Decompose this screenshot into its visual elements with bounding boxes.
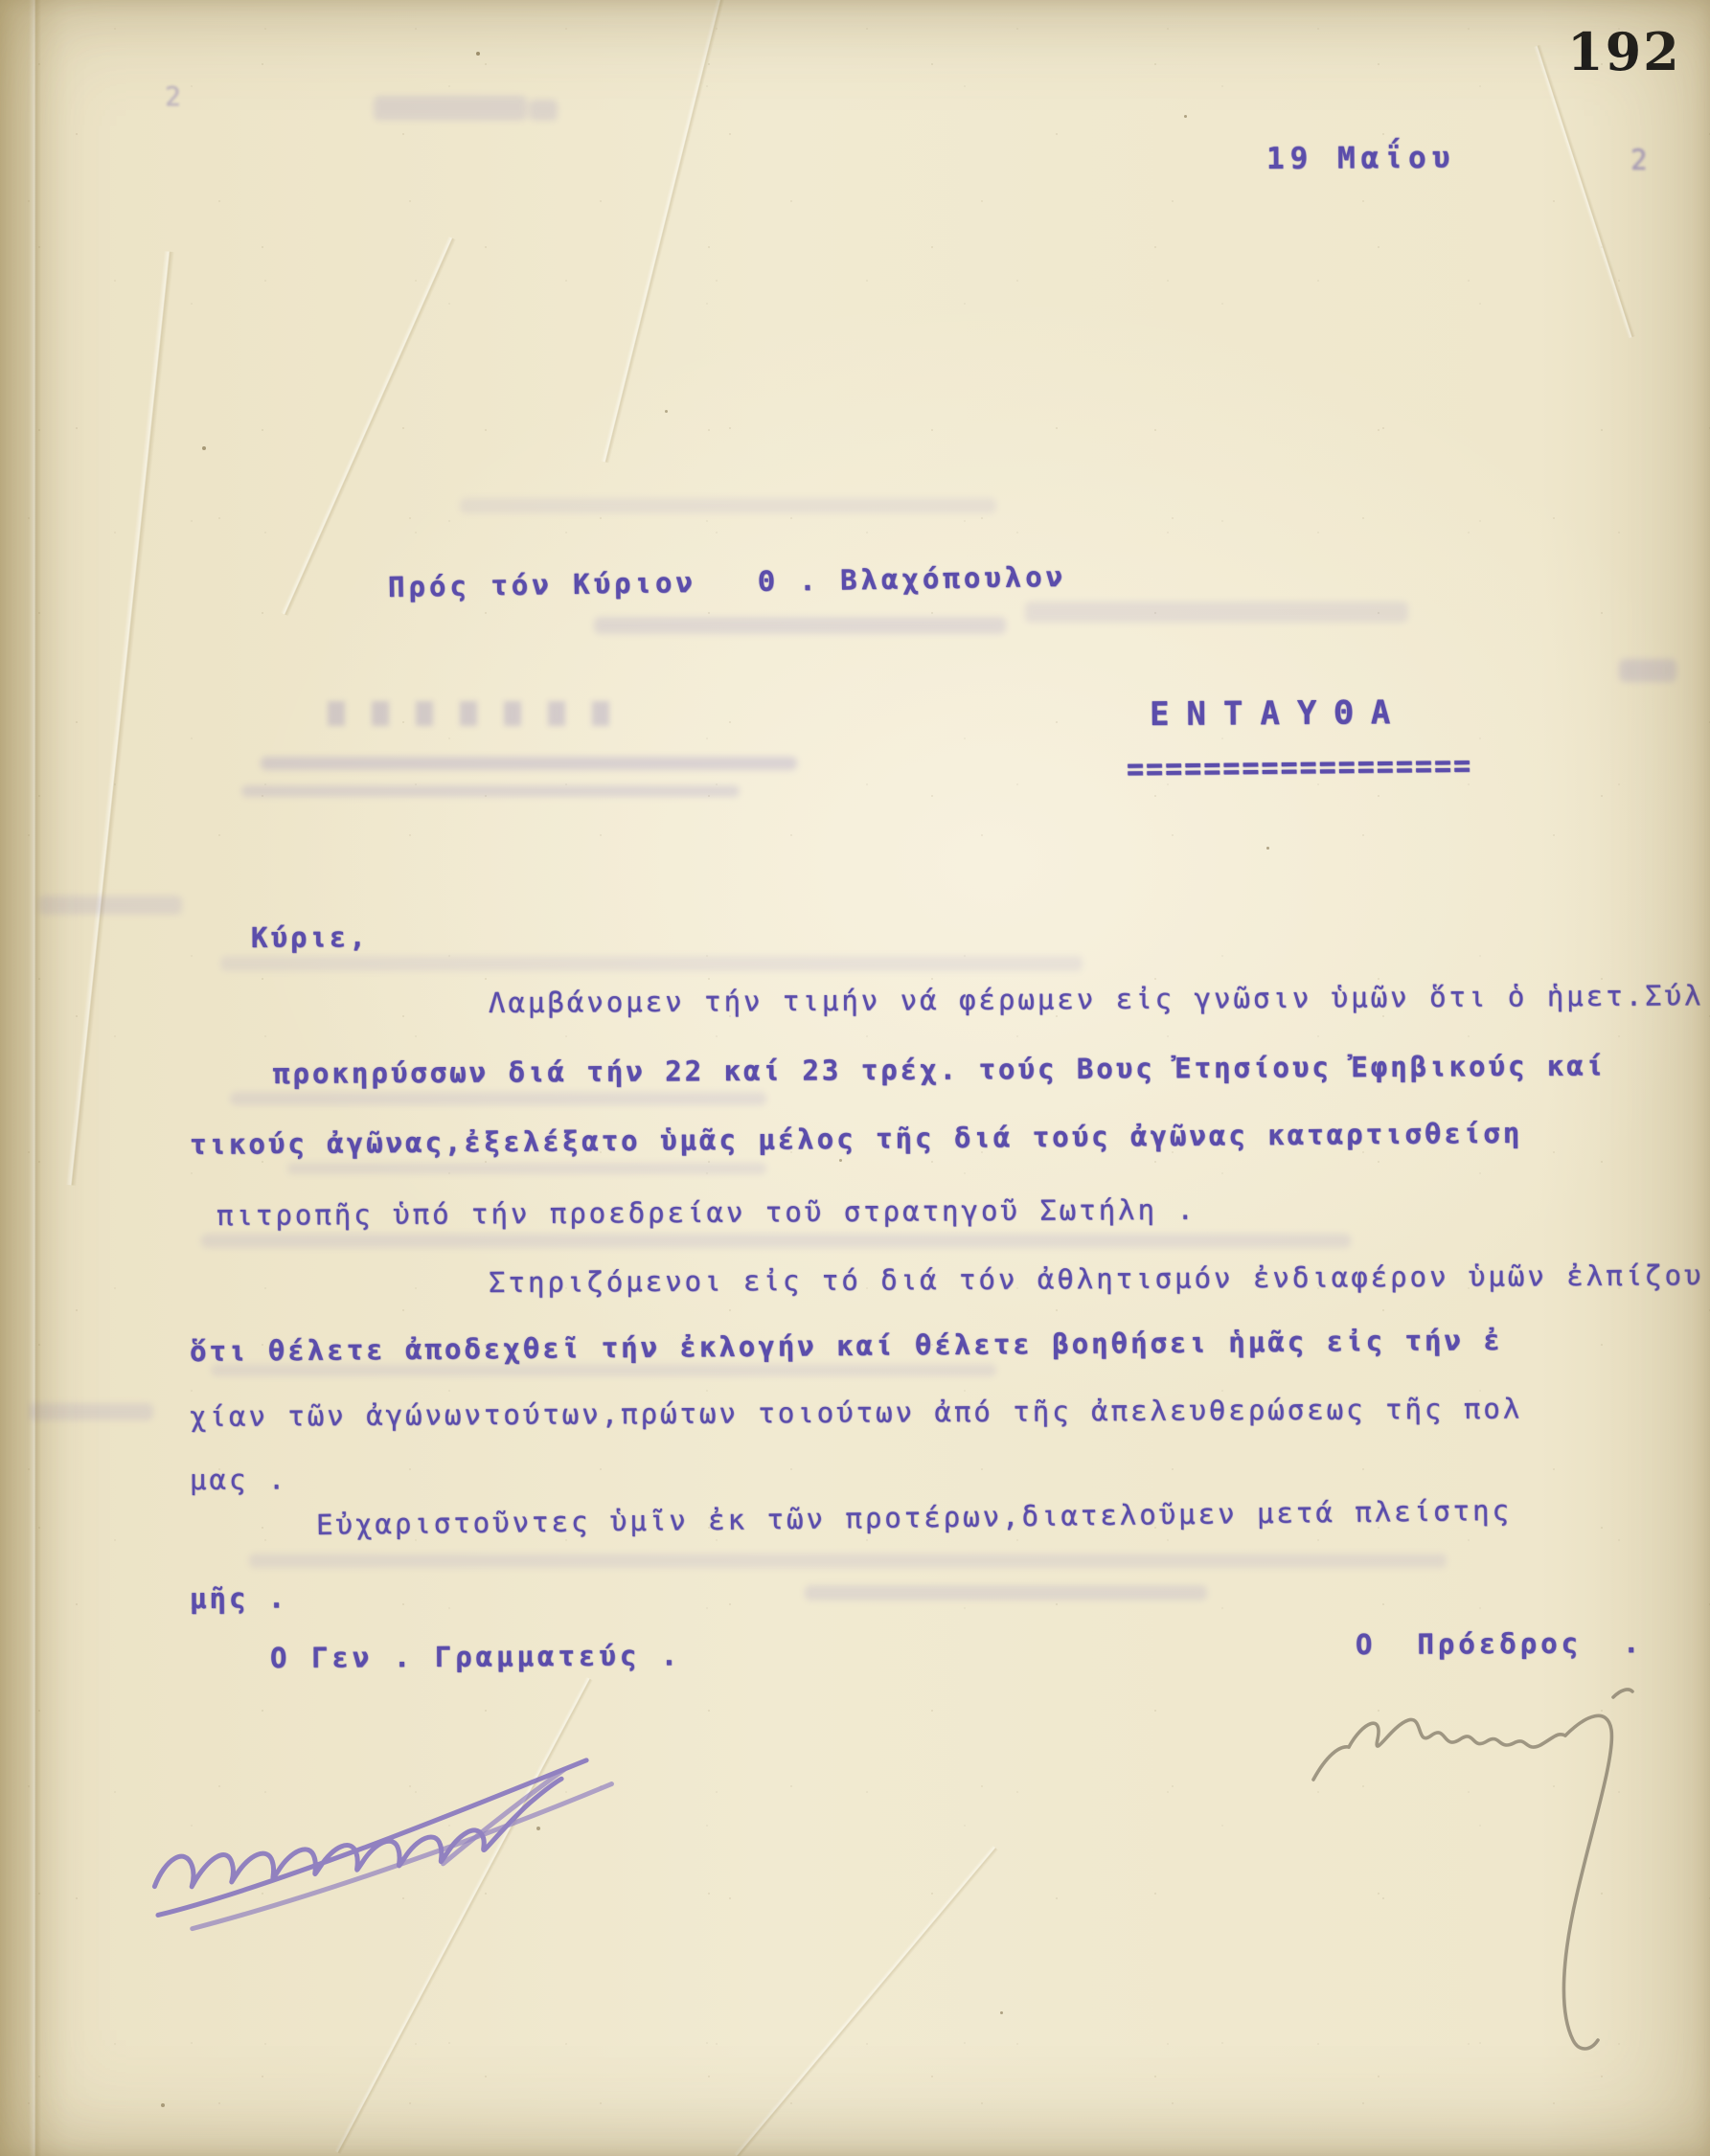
body-line-5: Στηριζόμενοι εἰς τό διά τόν ἀθλητισμόν ἐ… bbox=[489, 1259, 1704, 1299]
bleedthrough-smudge bbox=[29, 1403, 153, 1420]
bleedthrough-smudge bbox=[201, 1234, 1351, 1248]
body-line-8: μας . bbox=[190, 1463, 288, 1496]
bleedthrough-smudge bbox=[460, 498, 996, 513]
paper-crease bbox=[601, 0, 730, 463]
paper-crease bbox=[1534, 45, 1635, 339]
location-heading: ΕΝΤΑΥΘΑ bbox=[1150, 693, 1408, 734]
bleedthrough-smudge bbox=[261, 757, 797, 770]
paper-crease bbox=[66, 251, 174, 1186]
president-title: Ο Πρόεδρος . bbox=[1356, 1626, 1644, 1661]
body-line-6: ὅτι θέλετε ἀποδεχθεῖ τήν ἐκλογήν καί θέλ… bbox=[190, 1324, 1503, 1368]
foxing-spot bbox=[839, 1159, 842, 1162]
bleedthrough-smudge bbox=[374, 96, 527, 121]
recipient-line: Πρός τόν Κύριον Θ . Βλαχόπουλον bbox=[388, 560, 1067, 603]
foxing-spot bbox=[202, 446, 206, 450]
bleedthrough-smudge bbox=[805, 1585, 1207, 1600]
folio-number: 192 bbox=[1567, 21, 1681, 82]
foxing-spot bbox=[161, 2103, 165, 2107]
bleedthrough-smudge bbox=[241, 785, 740, 797]
bleedthrough-smudge bbox=[529, 100, 558, 121]
secretary-title: Ο Γεν . Γραμματεύς . bbox=[270, 1639, 681, 1674]
salutation: Κύριε, bbox=[251, 920, 369, 954]
body-line-3: τικούς ἀγῶνας,ἐξελέξατο ὑμᾶς μέλος τῆς δ… bbox=[190, 1117, 1522, 1161]
body-line-4: πιτροπῆς ὑπό τήν προεδρείαν τοῦ στρατηγο… bbox=[217, 1193, 1197, 1232]
body-line-2: προκηρύσσων διά τήν 22 καί 23 τρέχ. τούς… bbox=[273, 1050, 1606, 1090]
foxing-spot bbox=[1266, 847, 1269, 850]
foxing-spot bbox=[476, 52, 480, 56]
paper-crease bbox=[281, 237, 456, 616]
foxing-spot bbox=[1000, 2011, 1003, 2014]
foxing-spot bbox=[1184, 115, 1187, 118]
body-line-10: μῆς . bbox=[190, 1581, 288, 1615]
bleedthrough-smudge bbox=[594, 617, 1006, 634]
president-signature bbox=[1270, 1665, 1682, 2067]
paper-crease bbox=[29, 0, 41, 2156]
bleedthrough-smudge bbox=[1619, 659, 1676, 682]
bleedthrough-smudge bbox=[249, 1554, 1447, 1568]
foxing-spot bbox=[665, 410, 668, 413]
bleedthrough-smudge bbox=[1025, 601, 1408, 623]
date-line: 19 Μαΐου bbox=[1266, 141, 1456, 176]
date-ghost-digit: 2 bbox=[1630, 144, 1651, 176]
secretary-signature bbox=[128, 1690, 676, 1947]
bleedthrough-smudge bbox=[287, 1163, 766, 1174]
foxing-spot bbox=[536, 1827, 540, 1830]
scanned-letter-page: 192 19 Μαΐου 2 2 Πρός τόν Κύριον Θ . Βλα… bbox=[0, 0, 1710, 2156]
corner-ghost-digit: 2 bbox=[165, 80, 184, 112]
bleedthrough-smudge bbox=[230, 1092, 766, 1105]
body-line-7: χίαν τῶν ἀγώνωντούτων,πρώτων τοιούτων ἀπ… bbox=[190, 1393, 1522, 1433]
body-line-9: Εὐχαριστοῦντες ὑμῖν ἐκ τῶν προτέρων,διατ… bbox=[316, 1494, 1512, 1541]
bleedthrough-smudge bbox=[38, 896, 182, 915]
paper-crease bbox=[734, 1846, 998, 2156]
location-underline: ================== bbox=[1127, 747, 1473, 789]
bleedthrough-smudge bbox=[220, 956, 1083, 971]
paper-crease bbox=[334, 1677, 593, 2154]
body-line-1: Λαμβάνομεν τήν τιμήν νά φέρωμεν εἰς γνῶσ… bbox=[489, 979, 1704, 1019]
bleedthrough-ghost-letters bbox=[328, 701, 632, 726]
